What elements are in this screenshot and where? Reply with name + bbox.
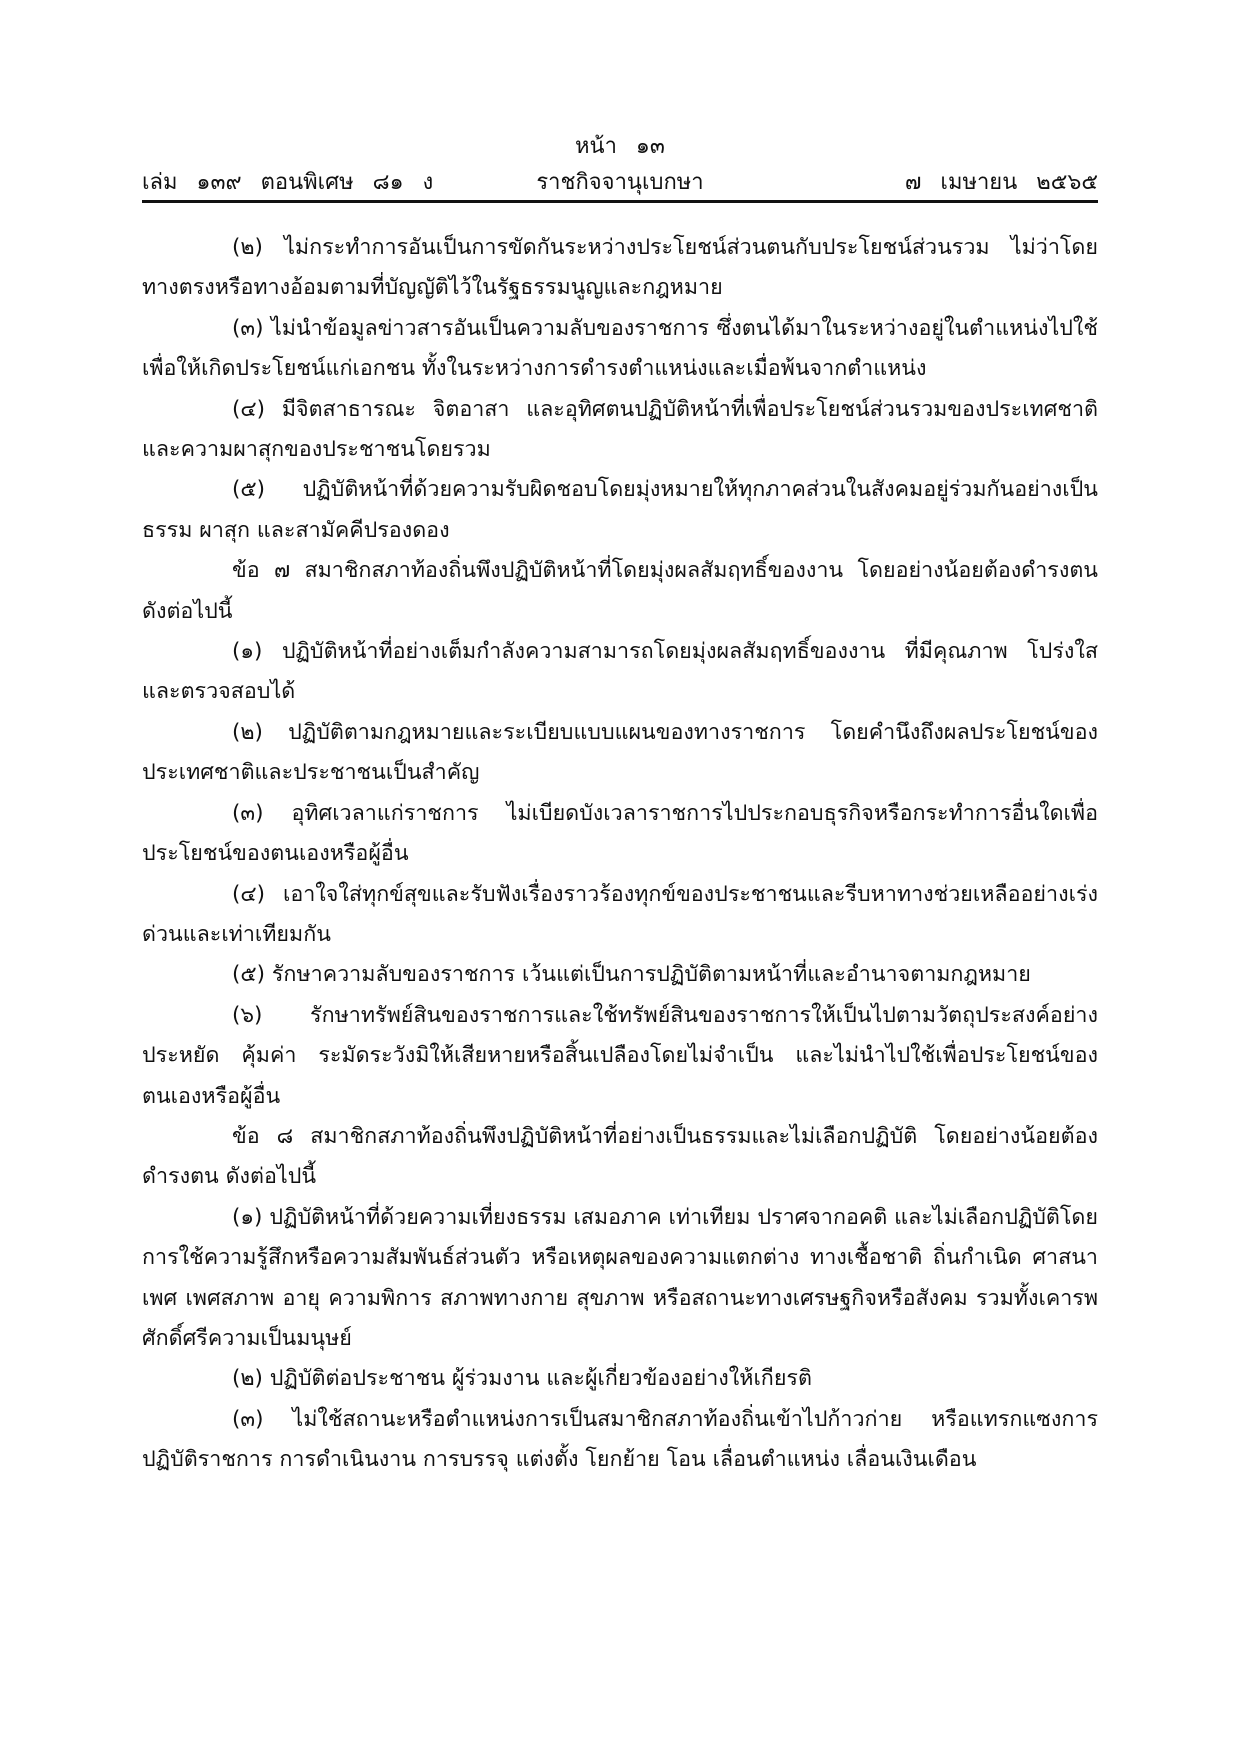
document-body: (๒) ไม่กระทำการอันเป็นการขัดกันระหว่างปร… [142,228,1098,1481]
paragraph: (๔) เอาใจใส่ทุกข์สุขและรับฟังเรื่องราวร้… [142,875,1098,956]
paragraph: (๓) ไม่ใช้สถานะหรือตำแหน่งการเป็นสมาชิกส… [142,1400,1098,1481]
gazette-header: เล่ม ๑๓๙ ตอนพิเศษ ๘๑ ง ราชกิจจานุเบกษา ๗… [142,164,1098,194]
publication-date: ๗ เมษายน ๒๕๖๕ [905,164,1098,199]
paragraph: (๓) อุทิศเวลาแก่ราชการ ไม่เบียดบังเวลารา… [142,794,1098,875]
header-rule [142,200,1098,203]
paragraph: (๒) ปฏิบัติต่อประชาชน ผู้ร่วมงาน และผู้เ… [142,1359,1098,1399]
section-heading-8: ข้อ ๘ สมาชิกสภาท้องถิ่นพึงปฏิบัติหน้าที่… [142,1117,1098,1198]
paragraph: (๓) ไม่นำข้อมูลข่าวสารอันเป็นความลับของร… [142,309,1098,390]
paragraph: (๖) รักษาทรัพย์สินของราชการและใช้ทรัพย์ส… [142,996,1098,1117]
paragraph: (๕) ปฏิบัติหน้าที่ด้วยความรับผิดชอบโดยมุ… [142,470,1098,551]
paragraph: (๔) มีจิตสาธารณะ จิตอาสา และอุทิศตนปฏิบั… [142,390,1098,471]
paragraph: (๕) รักษาความลับของราชการ เว้นแต่เป็นการ… [142,955,1098,995]
paragraph: (๒) ไม่กระทำการอันเป็นการขัดกันระหว่างปร… [142,228,1098,309]
paragraph: (๑) ปฏิบัติหน้าที่อย่างเต็มกำลังความสามา… [142,632,1098,713]
section-heading-7: ข้อ ๗ สมาชิกสภาท้องถิ่นพึงปฏิบัติหน้าที่… [142,551,1098,632]
paragraph: (๑) ปฏิบัติหน้าที่ด้วยความเที่ยงธรรม เสม… [142,1198,1098,1360]
page-number: หน้า ๑๓ [0,128,1240,163]
paragraph: (๒) ปฏิบัติตามกฎหมายและระเบียบแบบแผนของท… [142,713,1098,794]
